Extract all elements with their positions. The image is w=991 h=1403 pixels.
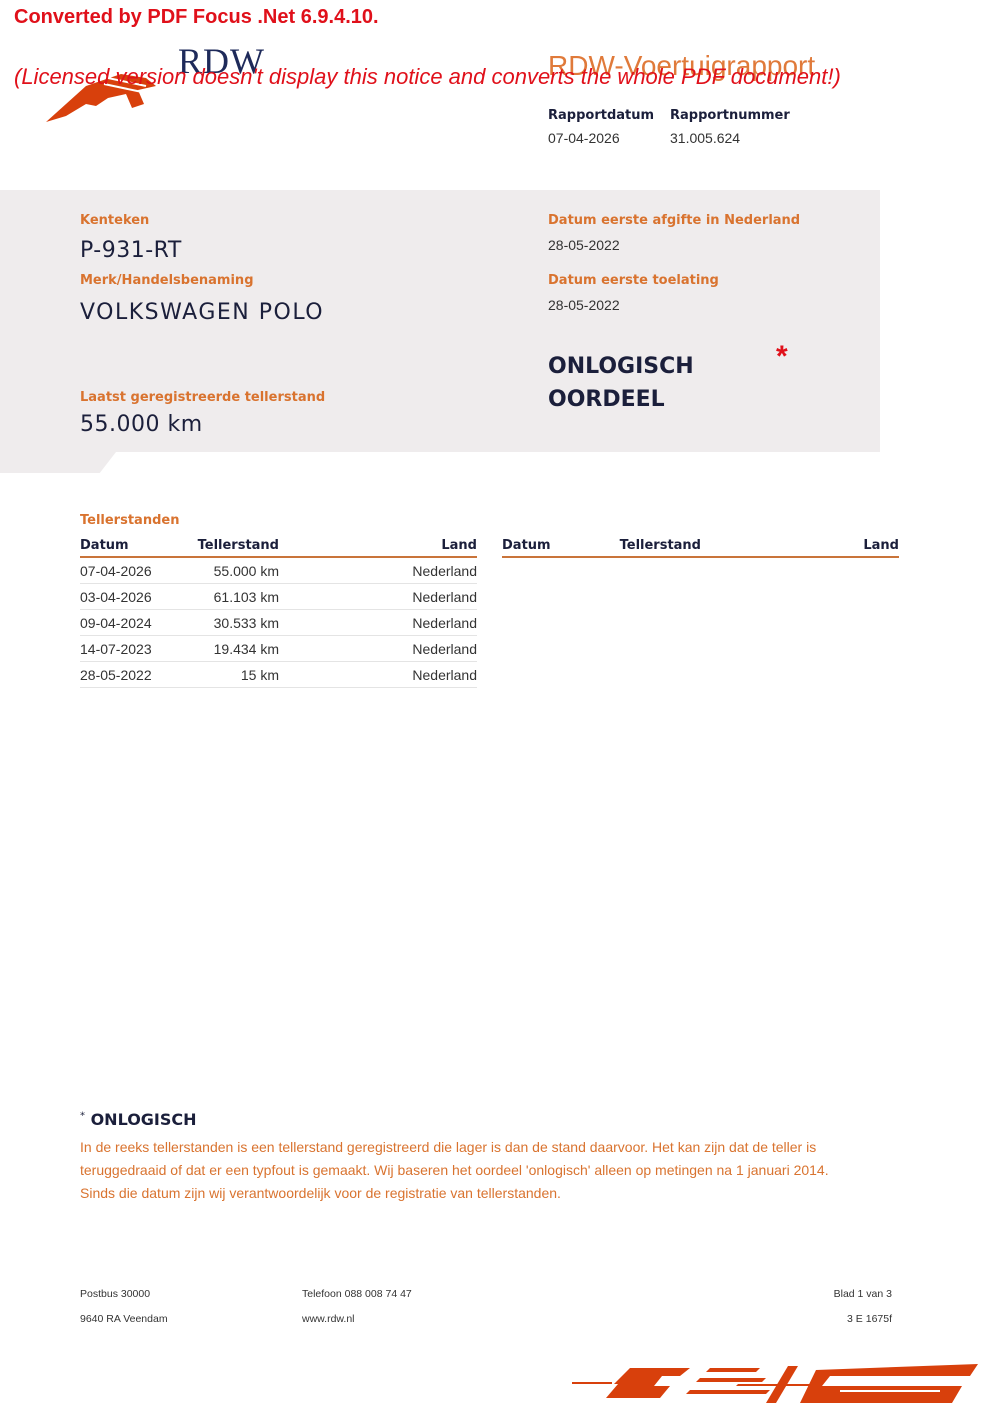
readings-section-title: Tellerstanden: [80, 513, 179, 528]
verdict-asterisk-icon: *: [776, 340, 788, 374]
footnote-title: * ONLOGISCH: [80, 1110, 197, 1129]
converter-watermark: Converted by PDF Focus .Net 6.9.4.10.: [14, 6, 379, 29]
table-row: 09-04-202430.533 kmNederland: [80, 610, 477, 636]
reading-date: 07-04-2026: [80, 557, 180, 584]
reading-date: 09-04-2024: [80, 610, 180, 636]
rdw-stripes-decoration: [570, 1362, 991, 1403]
col-date: Datum: [80, 536, 180, 557]
reading-value: 15 km: [180, 662, 279, 688]
brand-name: VOLKSWAGEN POLO: [80, 300, 324, 325]
col-reading: Tellerstand: [602, 536, 701, 557]
verdict-line-1: ONLOGISCH: [548, 350, 694, 383]
panel-tab-decoration: [0, 452, 116, 473]
readings-table-right-header: Datum Tellerstand Land: [502, 536, 899, 557]
report-date-label: Rapportdatum: [548, 108, 654, 123]
footnote-text: In de reeks tellerstanden is een tellers…: [80, 1136, 840, 1205]
reading-date: 14-07-2023: [80, 636, 180, 662]
footnote-marker: *: [80, 1111, 85, 1122]
footer-address-2: 9640 RA Veendam: [80, 1313, 168, 1325]
reading-value: 61.103 km: [180, 584, 279, 610]
footer-address-1: Postbus 30000: [80, 1288, 150, 1300]
reading-value: 19.434 km: [180, 636, 279, 662]
brand-label: Merk/Handelsbenaming: [80, 273, 254, 288]
reading-date: 03-04-2026: [80, 584, 180, 610]
footnote-title-text: ONLOGISCH: [91, 1110, 197, 1129]
readings-table-right: Datum Tellerstand Land: [502, 536, 899, 558]
footer-website-link[interactable]: www.rdw.nl: [302, 1313, 355, 1325]
reading-country: Nederland: [279, 610, 477, 636]
first-admission-date: 28-05-2022: [548, 297, 620, 313]
plate-label: Kenteken: [80, 213, 149, 228]
report-date: 07-04-2026: [548, 130, 620, 146]
first-admission-label: Datum eerste toelating: [548, 273, 719, 288]
footer-page-number: Blad 1 van 3: [834, 1288, 892, 1300]
reading-country: Nederland: [279, 557, 477, 584]
report-number-label: Rapportnummer: [670, 108, 790, 123]
table-row: 07-04-202655.000 kmNederland: [80, 557, 477, 584]
reading-country: Nederland: [279, 662, 477, 688]
first-issue-nl-label: Datum eerste afgifte in Nederland: [548, 213, 800, 228]
license-plate: P-931-RT: [80, 238, 182, 263]
table-row: 14-07-202319.434 kmNederland: [80, 636, 477, 662]
footer-code: 3 E 1675f: [847, 1313, 892, 1325]
verdict-line-2: OORDEEL: [548, 383, 694, 416]
license-notice: (Licensed version doesn't display this n…: [14, 64, 841, 90]
report-number: 31.005.624: [670, 130, 740, 146]
col-country: Land: [701, 536, 899, 557]
col-date: Datum: [502, 536, 602, 557]
table-row: 03-04-202661.103 kmNederland: [80, 584, 477, 610]
col-country: Land: [279, 536, 477, 557]
reading-country: Nederland: [279, 584, 477, 610]
reading-date: 28-05-2022: [80, 662, 180, 688]
table-row: 28-05-202215 kmNederland: [80, 662, 477, 688]
footer-phone: Telefoon 088 008 74 47: [302, 1288, 412, 1300]
reading-country: Nederland: [279, 636, 477, 662]
reading-value: 30.533 km: [180, 610, 279, 636]
readings-table: Datum Tellerstand Land 07-04-202655.000 …: [80, 536, 477, 688]
first-issue-nl-date: 28-05-2022: [548, 237, 620, 253]
verdict: ONLOGISCH OORDEEL: [548, 350, 694, 416]
reading-value: 55.000 km: [180, 557, 279, 584]
odometer-value: 55.000 km: [80, 412, 203, 437]
readings-table-header: Datum Tellerstand Land: [80, 536, 477, 557]
col-reading: Tellerstand: [180, 536, 279, 557]
odometer-label: Laatst geregistreerde tellerstand: [80, 390, 325, 405]
